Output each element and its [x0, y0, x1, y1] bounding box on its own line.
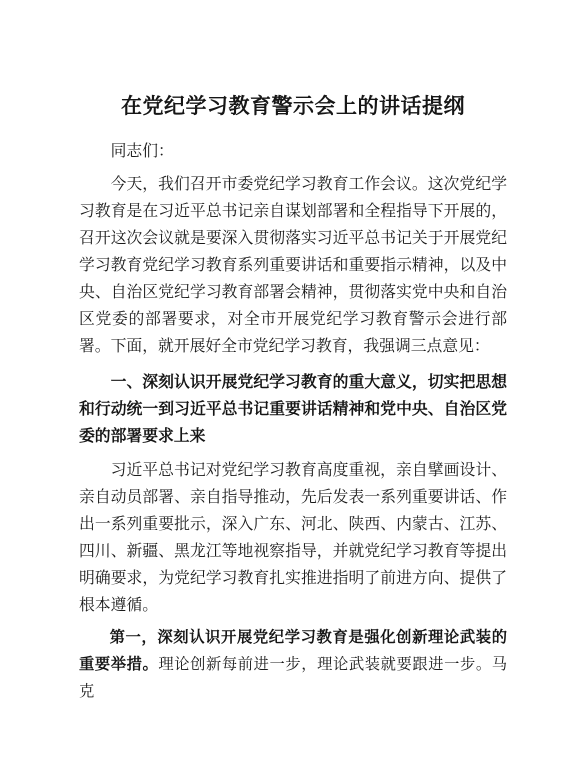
document-content: 在党纪学习教育警示会上的讲话提纲 同志们： 今天，我们召开市委党纪学习教育工作会… [79, 92, 507, 705]
paragraph-body-2: 习近平总书记对党纪学习教育高度重视，亲自擘画设计、亲自动员部署、亲自指导推动，先… [79, 457, 507, 619]
section-heading-1: 一、深刻认识开展党纪学习教育的重大意义，切实把思想和行动统一到习近平总书记重要讲… [79, 369, 507, 450]
salutation: 同志们： [79, 138, 507, 165]
document-page: 在党纪学习教育警示会上的讲话提纲 同志们： 今天，我们召开市委党纪学习教育工作会… [0, 0, 586, 759]
paragraph-intro: 今天，我们召开市委党纪学习教育工作会议。这次党纪学习教育是在习近平总书记亲自谋划… [79, 171, 507, 360]
paragraph-body-3: 第一，深刻认识开展党纪学习教育是强化创新理论武装的重要举措。理论创新每前进一步，… [79, 624, 507, 705]
document-title: 在党纪学习教育警示会上的讲话提纲 [79, 92, 507, 122]
